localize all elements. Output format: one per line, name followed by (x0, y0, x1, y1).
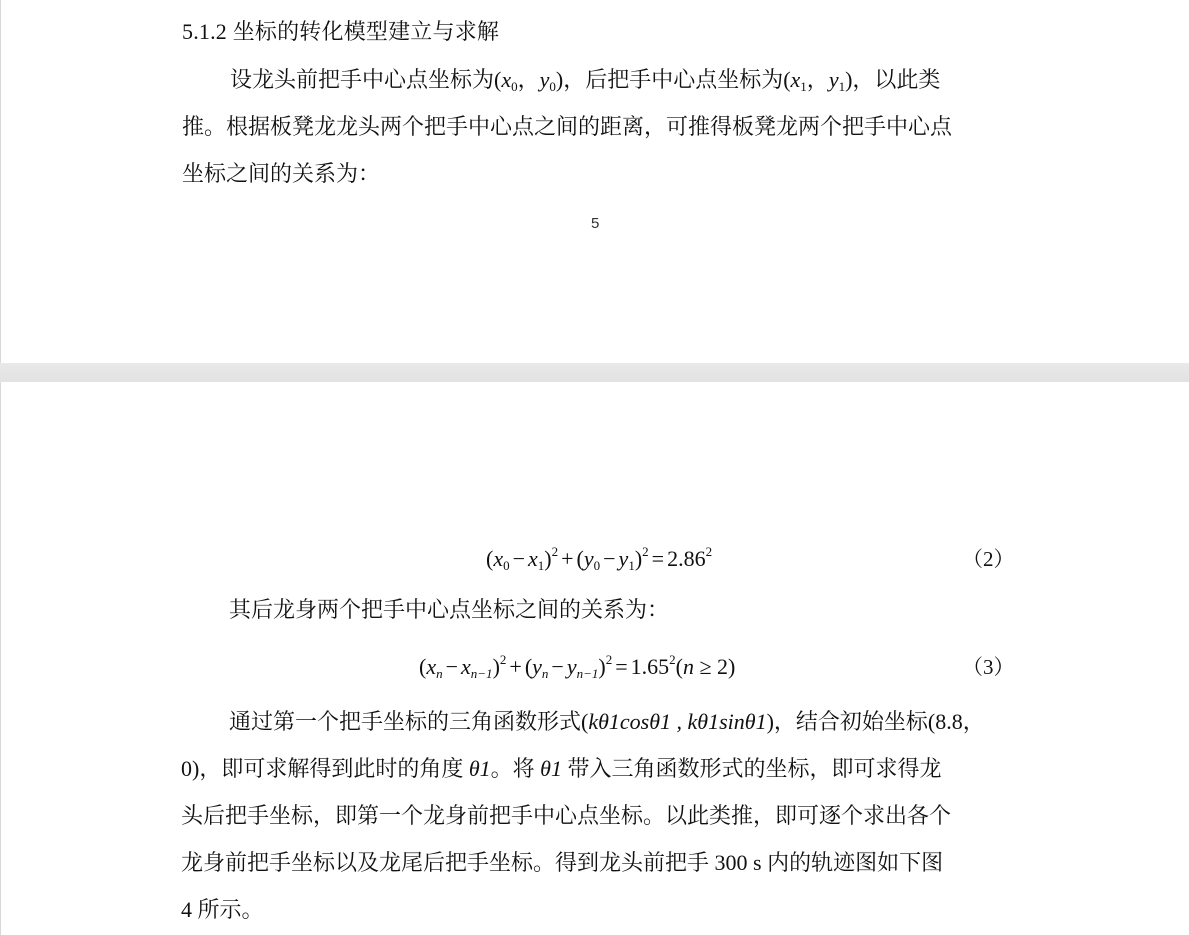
text-run: 。将 (491, 756, 541, 781)
operator: − (548, 654, 566, 679)
superscript: 2 (642, 544, 649, 559)
constant: 2.86 (667, 546, 706, 571)
paragraph-line: 头后把手坐标，即第一个龙身前把手中心点坐标。以此类推，即可逐个求出各个 (181, 792, 1011, 839)
operator: = (612, 654, 630, 679)
var: x (528, 546, 538, 571)
paren: ) (493, 654, 500, 679)
operator: − (600, 546, 618, 571)
paragraph-line: 设龙头前把手中心点坐标为(x0，y0)，后把手中心点坐标为(x1，y1)，以此类 (182, 56, 1012, 103)
text-run: )，以此类 (845, 67, 940, 92)
paren: ) (544, 546, 551, 571)
text-run: )，结合初始坐标(8.8， (767, 709, 985, 734)
paragraph-line: 4 所示。 (181, 886, 1011, 933)
text-run: )，后把手中心点坐标为( (556, 67, 791, 92)
page-number: 5 (591, 215, 599, 232)
page-separator (0, 363, 1189, 382)
equation-2: (x0−x1)2+(y0−y1)2=2.862 (486, 544, 712, 574)
subscript: n (436, 666, 443, 681)
paragraph-line: 推。根据板凳龙龙头两个把手中心点之间的距离，可推得板凳龙两个把手中心点 (182, 103, 1012, 150)
operator: − (510, 546, 528, 571)
equation-number-3: （3） (962, 652, 1015, 682)
section-heading: 5.1.2 坐标的转化模型建立与求解 (182, 17, 499, 47)
operator: − (443, 654, 461, 679)
var: y (567, 654, 577, 679)
text-run: 带入三角函数形式的坐标，即可求得龙 (562, 756, 942, 781)
condition: ≥ 2) (694, 654, 735, 679)
var: n (683, 654, 694, 679)
var: y (532, 654, 542, 679)
var: x (493, 546, 503, 571)
text-run: 设龙头前把手中心点坐标为( (230, 67, 501, 92)
var-theta1: θ1 (469, 756, 491, 781)
document-page-5: 5.1.2 坐标的转化模型建立与求解 设龙头前把手中心点坐标为(x0，y0)，后… (0, 0, 1189, 363)
var-theta1: θ1 (540, 756, 562, 781)
paren: ( (577, 546, 584, 571)
equation-number-2: （2） (962, 544, 1015, 574)
var: y (584, 546, 594, 571)
equation-3: (xn−xn−1)2+(yn−yn−1)2=1.652(n ≥ 2) (419, 652, 735, 682)
paren: ) (598, 654, 605, 679)
operator: + (558, 546, 576, 571)
var-x1: x (791, 67, 801, 92)
subscript: n−1 (577, 666, 599, 681)
paren: ( (676, 654, 683, 679)
subscript: n−1 (471, 666, 493, 681)
paragraph-line: 0)，即可求解得到此时的角度 θ1。将 θ1 带入三角函数形式的坐标，即可求得龙 (181, 745, 1011, 792)
paragraph-coordinate-definition: 设龙头前把手中心点坐标为(x0，y0)，后把手中心点坐标为(x1，y1)，以此类… (182, 56, 1012, 197)
var: y (619, 546, 629, 571)
text-run: 0)，即可求解得到此时的角度 (181, 756, 469, 781)
operator: = (649, 546, 667, 571)
var-y1: y (829, 67, 839, 92)
var: x (461, 654, 471, 679)
paragraph-line: 通过第一个把手坐标的三角函数形式(kθ1cosθ1 , kθ1sinθ1)，结合… (181, 698, 1011, 745)
var-y0: y (540, 67, 550, 92)
subscript: 0 (503, 558, 510, 573)
superscript: 2 (706, 544, 713, 559)
text-run: ， (518, 67, 540, 92)
var: x (426, 654, 436, 679)
paragraph-solution-method: 通过第一个把手坐标的三角函数形式(kθ1cosθ1 , kθ1sinθ1)，结合… (181, 698, 1011, 933)
paragraph-line: 其后龙身两个把手中心点坐标之间的关系为： (181, 586, 1011, 633)
var-x0: x (501, 67, 511, 92)
paragraph-body-relation: 其后龙身两个把手中心点坐标之间的关系为： (181, 586, 1011, 633)
text-run: ， (807, 67, 829, 92)
operator: + (506, 654, 524, 679)
text-run: 通过第一个把手坐标的三角函数形式( (229, 709, 588, 734)
paragraph-line: 龙身前把手坐标以及龙尾后把手坐标。得到龙头前把手 300 s 内的轨迹图如下图 (181, 839, 1011, 886)
constant: 1.65 (631, 654, 670, 679)
paragraph-line: 坐标之间的关系为： (182, 150, 1012, 197)
trig-formula: kθ1cosθ1 , kθ1sinθ1 (588, 709, 766, 734)
